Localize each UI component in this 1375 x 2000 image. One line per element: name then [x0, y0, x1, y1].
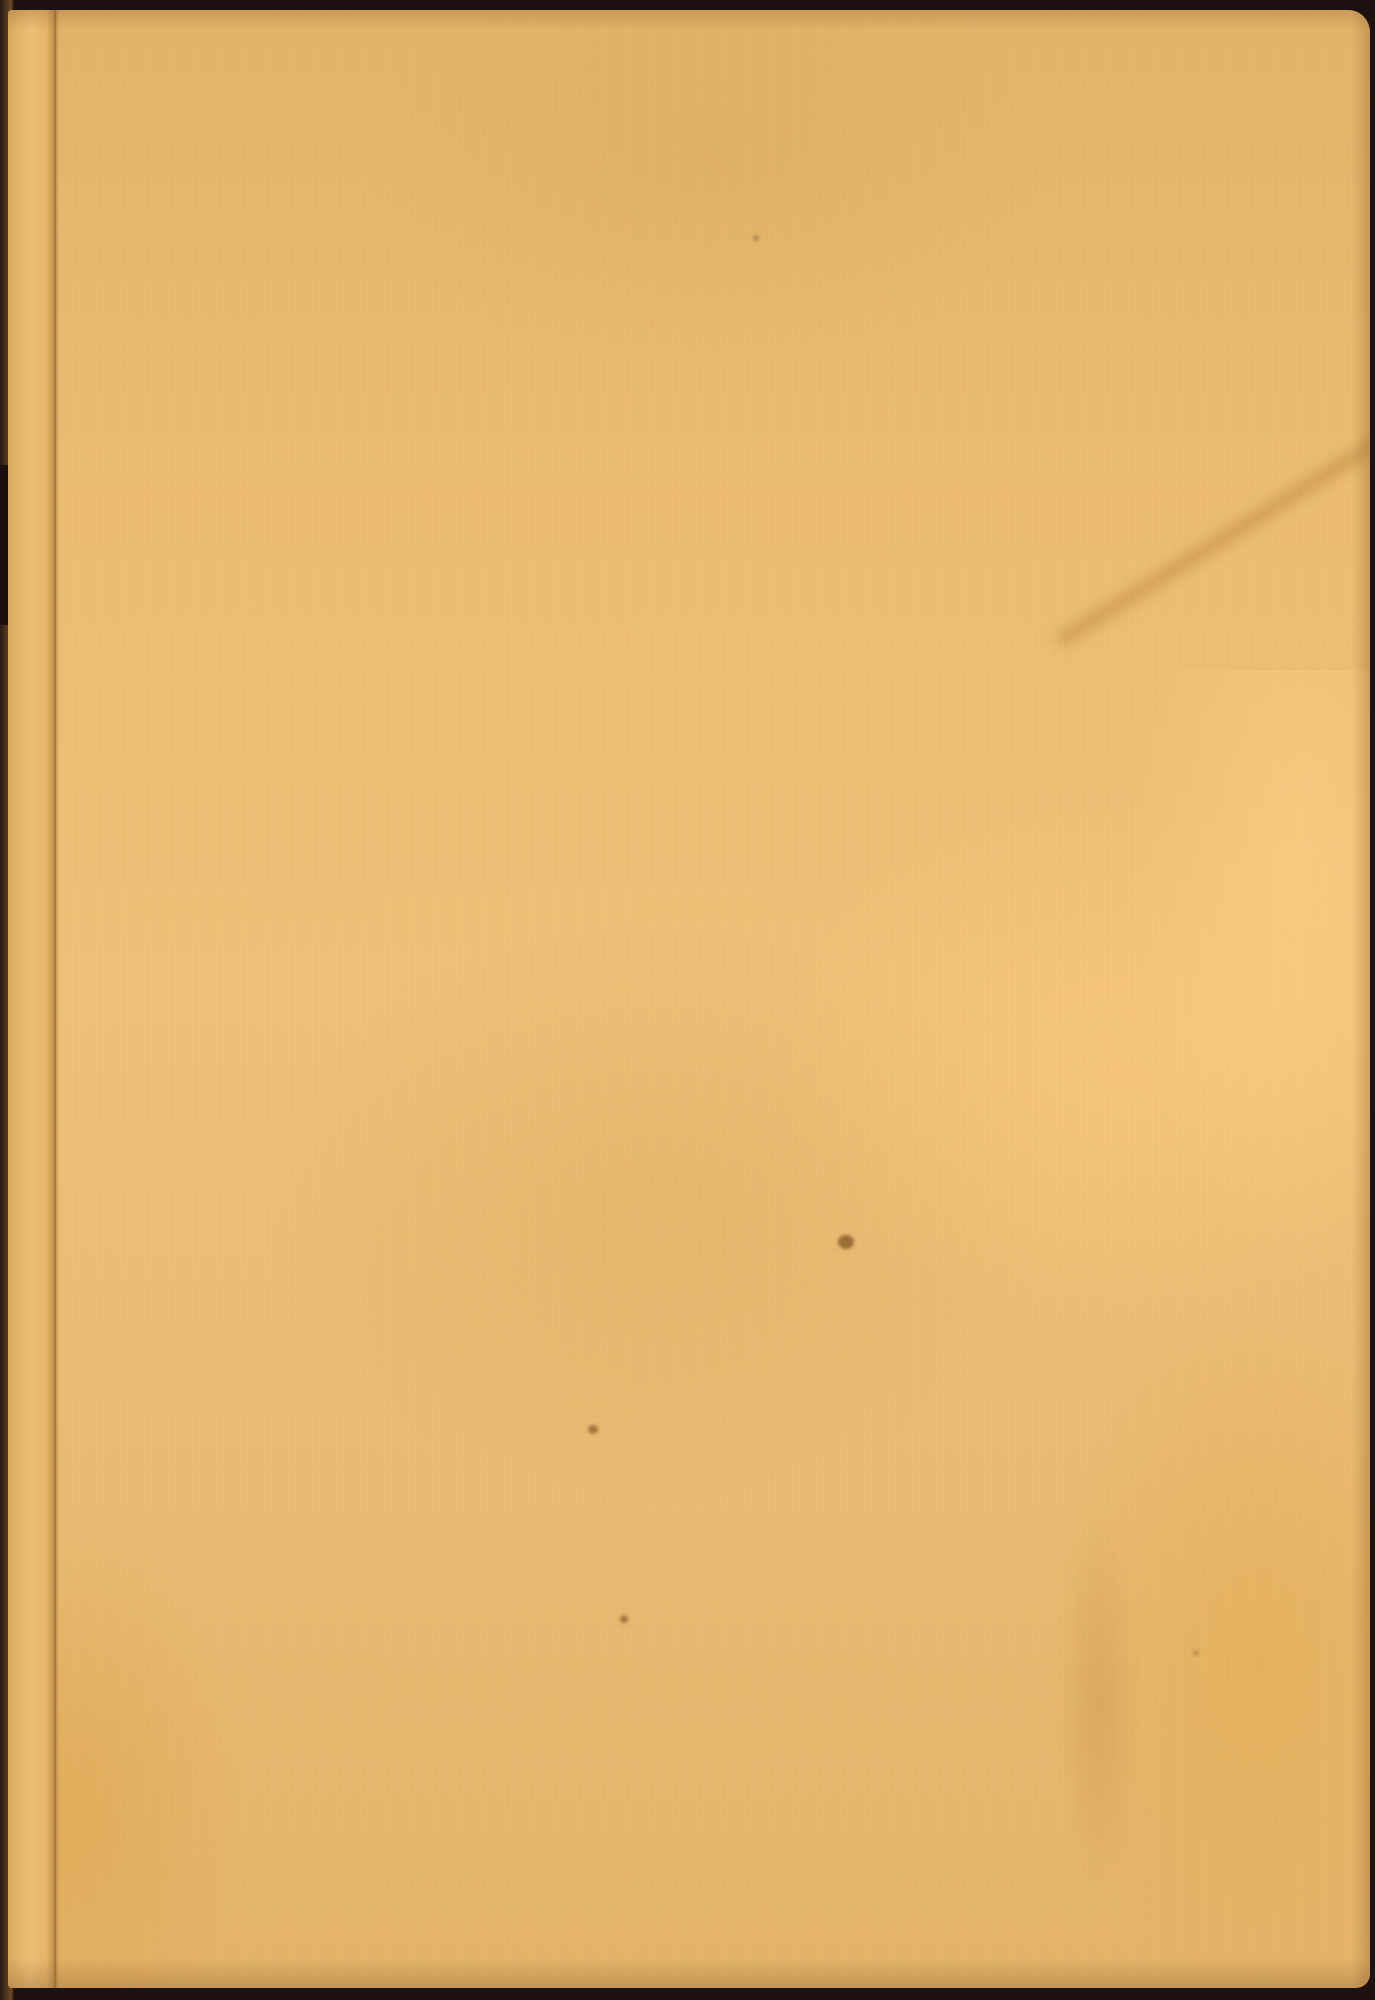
- right-edge-shading: [1352, 10, 1370, 1988]
- speck: [588, 1425, 598, 1434]
- speck: [753, 235, 759, 241]
- speck: [838, 1235, 854, 1249]
- bottom-edge-shading: [8, 1958, 1370, 1988]
- top-edge-shading: [8, 10, 1370, 30]
- water-stain-area: [1118, 670, 1370, 1270]
- book-cover: [8, 10, 1370, 1988]
- book-spine: [8, 10, 56, 1988]
- water-stain-tide-line: [1052, 409, 1370, 652]
- spine-hinge-crease: [54, 10, 59, 1988]
- speck: [620, 1615, 628, 1623]
- photo-scene: [0, 0, 1375, 2000]
- speck: [1193, 1650, 1199, 1656]
- water-stain-streak: [1058, 1510, 1138, 1890]
